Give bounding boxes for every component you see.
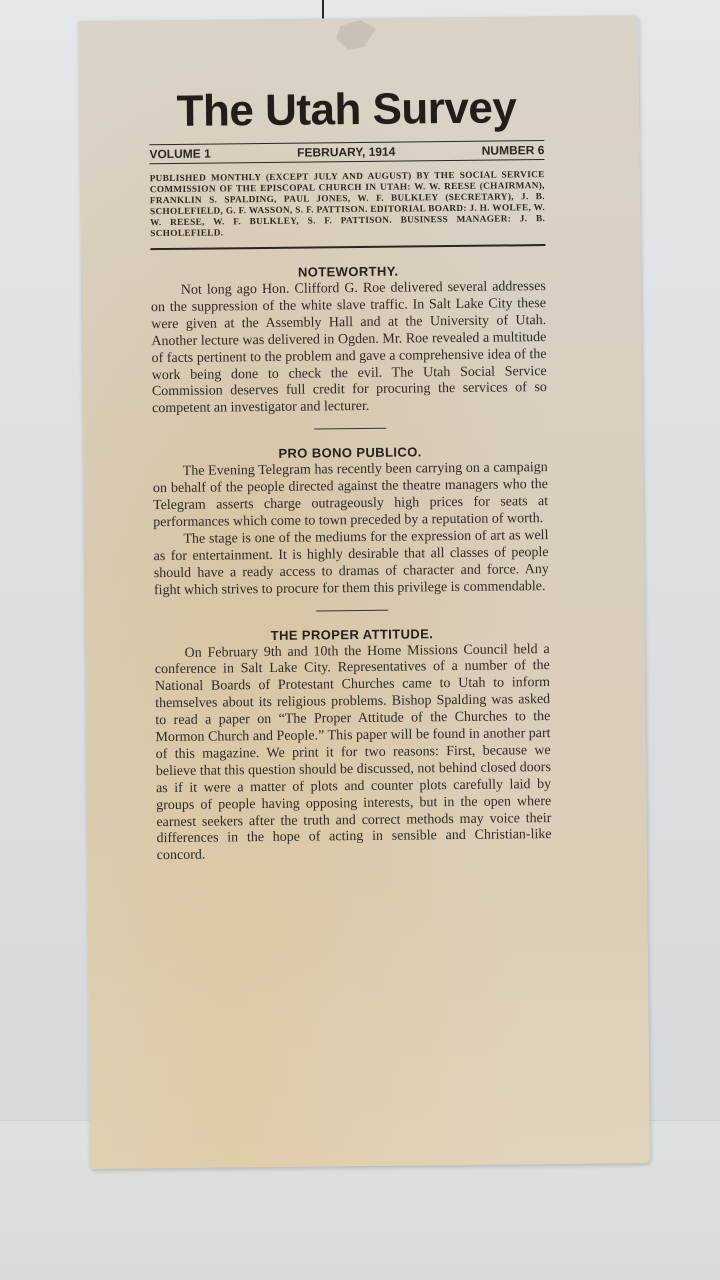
issue-number: NUMBER 6 [482, 143, 545, 158]
publication-info: PUBLISHED MONTHLY (EXCEPT JULY AND AUGUS… [150, 170, 546, 240]
section-title: NOTEWORTHY. [151, 262, 546, 281]
masthead-title: The Utah Survey [149, 86, 544, 134]
paragraph: The stage is one of the mediums for the … [153, 528, 549, 600]
volume-label: VOLUME 1 [149, 147, 210, 162]
section-title: PRO BONO PUBLICO. [152, 443, 547, 462]
header-rule [150, 244, 545, 250]
section-divider [316, 609, 388, 611]
page-content: The Utah Survey VOLUME 1 FEBRUARY, 1914 … [149, 86, 552, 865]
section-proper-attitude: THE PROPER ATTITUDE. On February 9th and… [154, 625, 551, 866]
section-noteworthy: NOTEWORTHY. Not long ago Hon. Clifford G… [151, 262, 548, 418]
paragraph: Not long ago Hon. Clifford G. Roe delive… [151, 279, 547, 418]
issue-date: FEBRUARY, 1914 [297, 145, 395, 160]
paragraph: The Evening Telegram has recently been c… [153, 460, 549, 532]
section-title: THE PROPER ATTITUDE. [154, 625, 549, 644]
paragraph: On February 9th and 10th the Home Missio… [155, 642, 552, 866]
newsletter-page: The Utah Survey VOLUME 1 FEBRUARY, 1914 … [78, 15, 650, 1169]
section-pro-bono-publico: PRO BONO PUBLICO. The Evening Telegram h… [152, 443, 549, 599]
torn-notch [336, 20, 376, 50]
section-divider [314, 428, 386, 430]
